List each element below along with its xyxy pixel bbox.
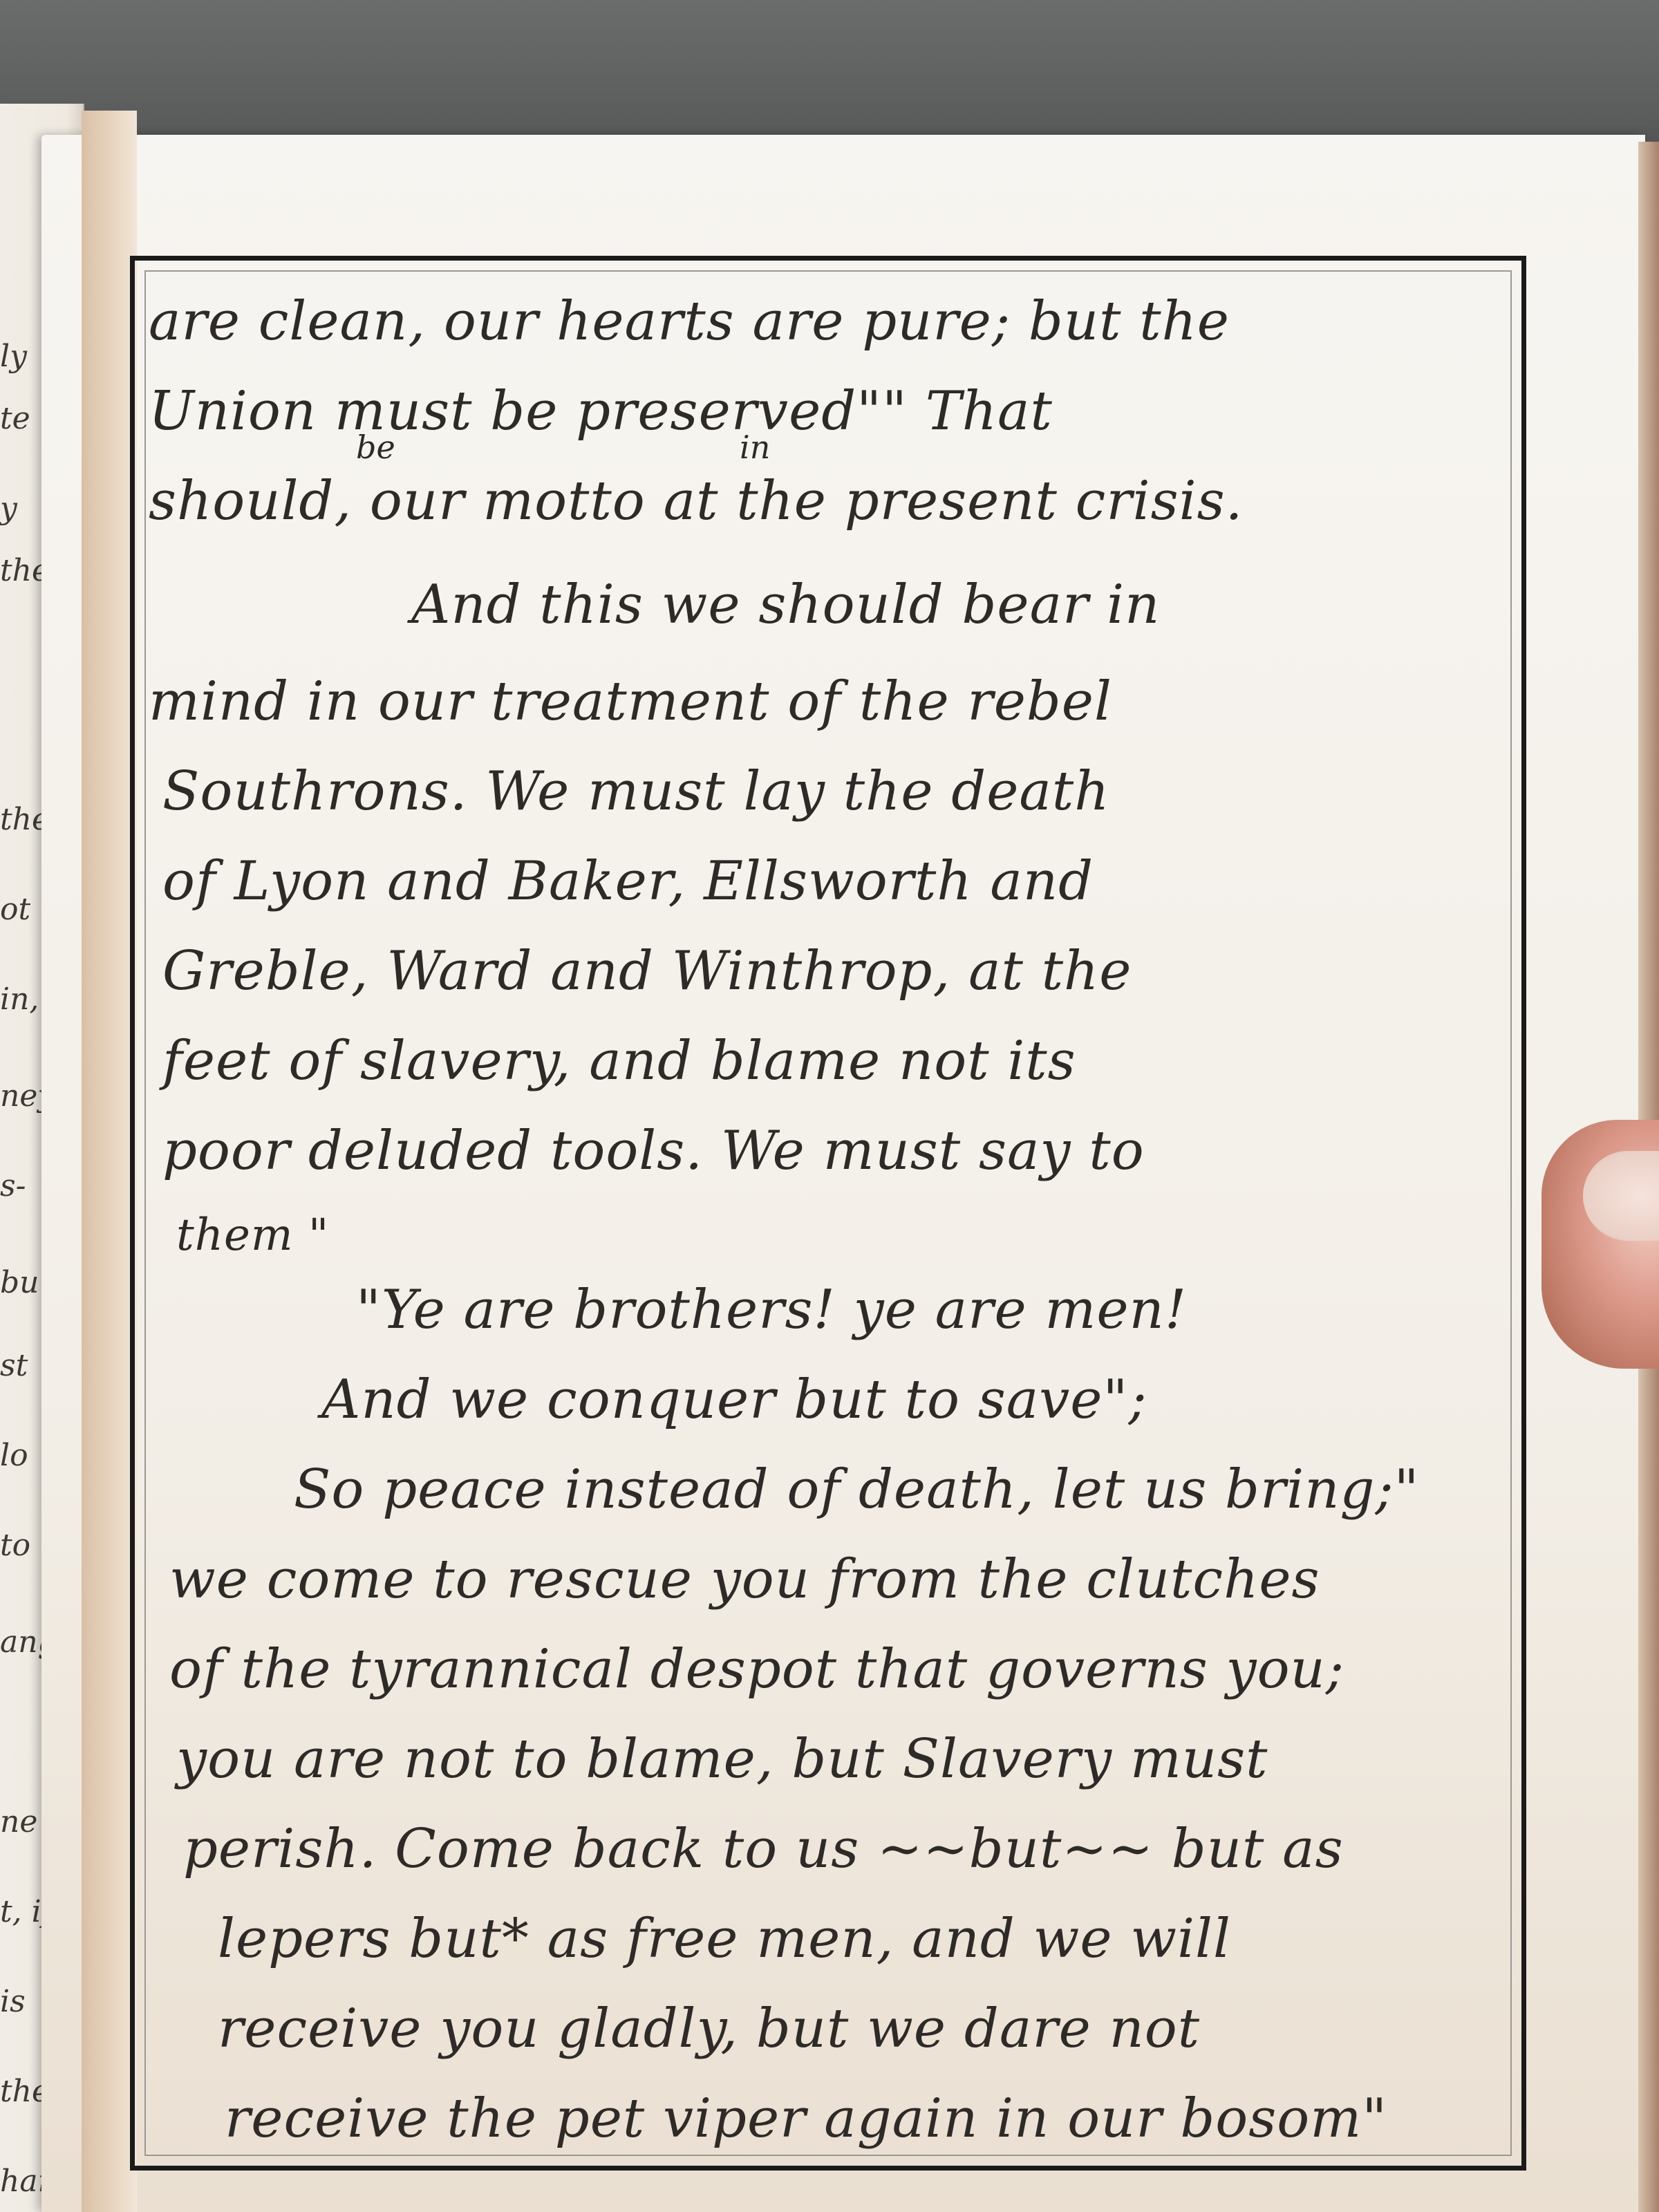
- facing-text: ot: [0, 892, 30, 927]
- facing-text: in,: [0, 982, 39, 1017]
- text-line: "Ye are brothers! ye are men!: [356, 1279, 1187, 1341]
- facing-text: ne: [0, 1804, 37, 1839]
- facing-text: lo: [0, 1438, 28, 1473]
- text-line: we come to rescue you from the clutches: [169, 1548, 1320, 1611]
- text-line: them ": [176, 1210, 329, 1261]
- text-line: Union must be preserved"" That: [149, 380, 1053, 442]
- text-line: Southrons. We must lay the death: [162, 760, 1109, 823]
- facing-text: st: [0, 1348, 28, 1383]
- text-line: of Lyon and Baker, Ellsworth and: [162, 850, 1094, 912]
- text-line: So peace instead of death, let us bring;…: [294, 1459, 1420, 1521]
- text-line: are clean, our hearts are pure; but the: [149, 290, 1230, 353]
- facing-text: te: [0, 401, 30, 436]
- text-line: perish. Come back to us ~~but~~ but as: [183, 1818, 1344, 1880]
- facing-text: s-: [0, 1168, 26, 1203]
- text-line: lepers but* as free men, and we will: [218, 1908, 1231, 1970]
- insertion-in: in: [740, 429, 770, 466]
- facing-text: y: [0, 491, 17, 526]
- text-line: receive the pet viper again in our bosom…: [225, 2088, 1387, 2150]
- text-line: of the tyrannical despot that governs yo…: [169, 1638, 1344, 1700]
- text-line: poor deluded tools. We must say to: [162, 1120, 1145, 1182]
- facing-text: ly: [0, 339, 27, 374]
- text-line: you are not to blame, but Slavery must: [176, 1728, 1268, 1790]
- insertion-be: be: [356, 429, 395, 466]
- text-line: And we conquer but to save";: [321, 1369, 1147, 1431]
- text-line: should, our motto at the present crisis.: [149, 470, 1243, 532]
- text-line: Greble, Ward and Winthrop, at the: [162, 940, 1132, 1002]
- book-gutter: [82, 111, 137, 2212]
- text-line: mind in our treatment of the rebel: [149, 671, 1112, 733]
- text-line: feet of slavery, and blame not its: [162, 1030, 1076, 1092]
- facing-text: is: [0, 1984, 26, 2019]
- facing-text: to: [0, 1528, 30, 1563]
- text-line: receive you gladly, but we dare not: [218, 1998, 1200, 2060]
- page-border-frame: [130, 256, 1526, 2171]
- text-line: And this we should bear in: [411, 574, 1160, 636]
- facing-text: bu: [0, 1265, 39, 1300]
